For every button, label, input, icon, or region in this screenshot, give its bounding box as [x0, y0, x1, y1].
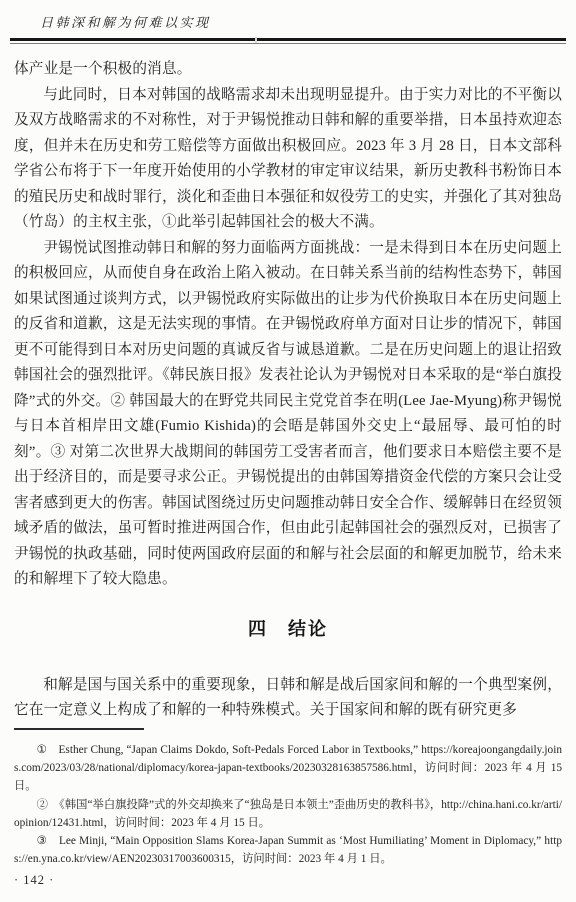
paragraph-continuation: 体产业是一个积极的消息。 — [14, 57, 562, 83]
footnote-zone: ① Esther Chung, “Japan Claims Dokdo, Sof… — [14, 728, 562, 888]
footnote-divider — [14, 728, 144, 730]
header-rule-tick — [255, 37, 257, 43]
running-header-title: 日韩深和解为何难以实现 — [40, 12, 211, 31]
footnote-list: ① Esther Chung, “Japan Claims Dokdo, Sof… — [14, 741, 562, 868]
footnote-2: ② 《韩国“举白旗投降”式的外交却换来了“独岛是日本领土”歪曲历史的教科书》，h… — [14, 796, 562, 832]
footnote-1: ① Esther Chung, “Japan Claims Dokdo, Sof… — [14, 741, 562, 796]
body-paragraph-japan-strategy: 与此同时，日本对韩国的战略需求却未出现明显提升。由于实力对比的不平衡以及双方战略… — [14, 83, 562, 236]
header-rule-thick — [10, 38, 566, 41]
page-number: · 142 · — [14, 873, 562, 888]
footnote-3: ③ Lee Minji, “Main Opposition Slams Kore… — [14, 832, 562, 868]
section-heading-conclusion: 四 结论 — [14, 615, 562, 643]
conclusion-paragraph: 和解是国与国关系中的重要现象，日韩和解是战后国家间和解的一个典型案例，它在一定意… — [14, 673, 562, 724]
article-body: 体产业是一个积极的消息。 与此同时，日本对韩国的战略需求却未出现明显提升。由于实… — [14, 57, 562, 724]
header-rule-thin — [10, 43, 566, 44]
journal-page: 日韩深和解为何难以实现 体产业是一个积极的消息。 与此同时，日本对韩国的战略需求… — [0, 0, 576, 902]
body-paragraph-two-challenges: 尹锡悦试图推动韩日和解的努力面临两方面挑战：一是未得到日本在历史问题上的积极回应… — [14, 236, 562, 593]
